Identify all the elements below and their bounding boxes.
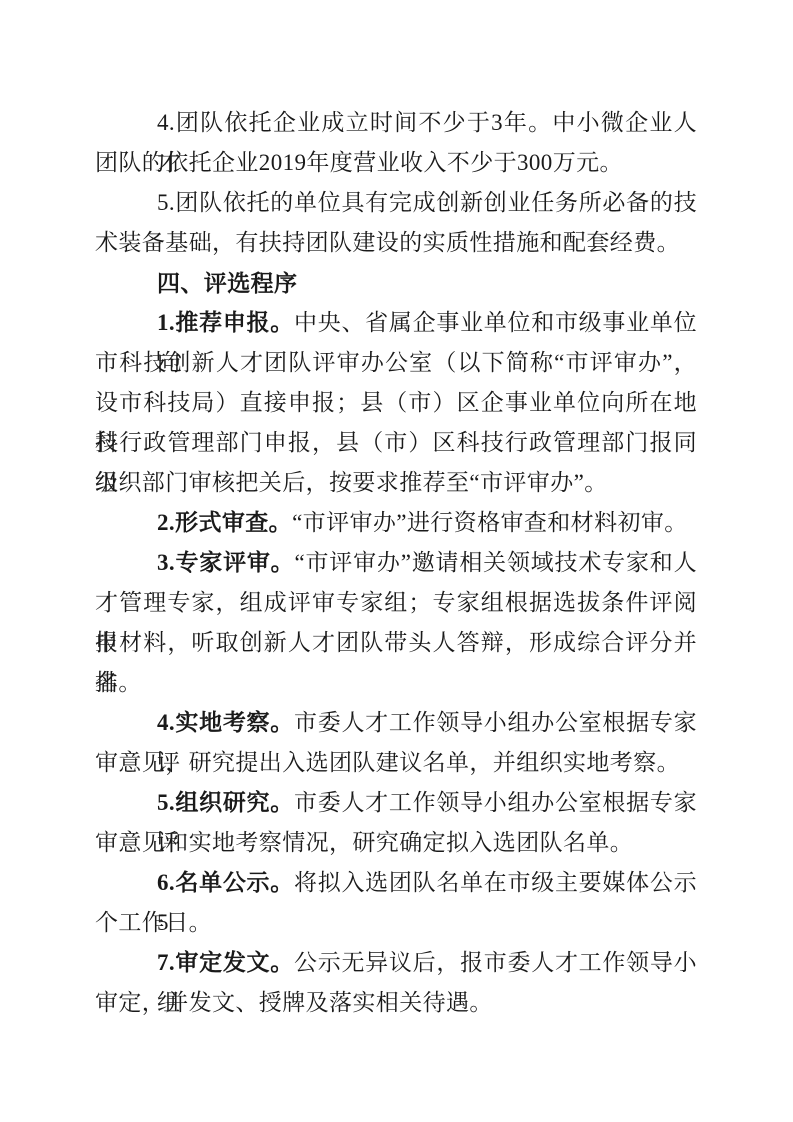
paragraph-line: 审意见和实地考察情况，研究确定拟入选团队名单。 — [95, 823, 697, 863]
body-text: “市评审办”邀请相关领域技术专家和人 — [294, 550, 697, 575]
paragraph-line: 5.团队依托的单位具有完成创新创业任务所必备的技 — [95, 183, 697, 223]
document-text-block: 4.团队依托企业成立时间不少于3年。中小微企业人才 团队的依托企业2019年度营… — [95, 103, 697, 1023]
body-text: 术装备基础，有扶持团队建设的实质性措施和配套经费。 — [95, 230, 680, 255]
paragraph-line: 1.推荐申报。中央、省属企事业单位和市级事业单位向 — [95, 303, 697, 343]
body-text: “市评审办”进行资格审查和材料初审。 — [292, 510, 688, 535]
paragraph-line: 组织部门审核把关后，按要求推荐至“市评审办”。 — [95, 463, 697, 503]
paragraph-line: 设市科技局）直接申报；县（市）区企事业单位向所在地科 — [95, 383, 697, 423]
item-label: 3.专家评审。 — [157, 550, 294, 575]
body-text: 5.团队依托的单位具有完成创新创业任务所必备的技 — [157, 190, 697, 215]
item-label: 2.形式审查。 — [157, 510, 292, 535]
paragraph-line: 2.形式审查。“市评审办”进行资格审查和材料初审。 — [95, 503, 697, 543]
paragraph-line: 才管理专家，组成评审专家组；专家组根据选拔条件评阅申 — [95, 583, 697, 623]
paragraph-line: 审定，并发文、授牌及落实相关待遇。 — [95, 983, 697, 1023]
paragraph-line: 术装备基础，有扶持团队建设的实质性措施和配套经费。 — [95, 223, 697, 263]
item-label: 5.组织研究。 — [157, 790, 294, 815]
paragraph-line: 审意见，研究提出入选团队建议名单，并组织实地考察。 — [95, 743, 697, 783]
paragraph-line: 4.实地考察。市委人才工作领导小组办公室根据专家评 — [95, 703, 697, 743]
body-text: 市科技创新人才团队评审办公室（以下简称“市评审办”， — [95, 350, 697, 375]
paragraph-line: 7.审定发文。公示无异议后，报市委人才工作领导小组 — [95, 943, 697, 983]
item-label: 6.名单公示。 — [157, 870, 294, 895]
document-page: 4.团队依托企业成立时间不少于3年。中小微企业人才 团队的依托企业2019年度营… — [0, 0, 793, 1122]
item-label: 7.审定发文。 — [157, 950, 294, 975]
body-text: 审意见，研究提出入选团队建议名单，并组织实地考察。 — [95, 750, 680, 775]
item-label: 1.推荐申报。 — [157, 310, 294, 335]
paragraph-line: 个工作日。 — [95, 903, 697, 943]
body-text: 团队的依托企业2019年度营业收入不少于300万元。 — [95, 150, 623, 175]
item-label: 4.实地考察。 — [157, 710, 294, 735]
paragraph-line: 名。 — [95, 663, 697, 703]
paragraph-line: 3.专家评审。“市评审办”邀请相关领域技术专家和人 — [95, 543, 697, 583]
body-text: 个工作日。 — [95, 910, 212, 935]
paragraph-line: 技行政管理部门申报，县（市）区科技行政管理部门报同级 — [95, 423, 697, 463]
paragraph-line: 4.团队依托企业成立时间不少于3年。中小微企业人才 — [95, 103, 697, 143]
section-heading-text: 四、评选程序 — [157, 270, 297, 296]
paragraph-line: 6.名单公示。将拟入选团队名单在市级主要媒体公示5 — [95, 863, 697, 903]
paragraph-line: 市科技创新人才团队评审办公室（以下简称“市评审办”， — [95, 343, 697, 383]
body-text: 名。 — [95, 670, 142, 695]
paragraph-line: 报材料，听取创新人才团队带头人答辩，形成综合评分并排 — [95, 623, 697, 663]
paragraph-line: 5.组织研究。市委人才工作领导小组办公室根据专家评 — [95, 783, 697, 823]
body-text: 组织部门审核把关后，按要求推荐至“市评审办”。 — [95, 470, 608, 495]
paragraph-line: 团队的依托企业2019年度营业收入不少于300万元。 — [95, 143, 697, 183]
body-text: 审意见和实地考察情况，研究确定拟入选团队名单。 — [95, 830, 633, 855]
section-heading: 四、评选程序 — [95, 263, 697, 303]
body-text: 审定，并发文、授牌及落实相关待遇。 — [95, 990, 493, 1015]
